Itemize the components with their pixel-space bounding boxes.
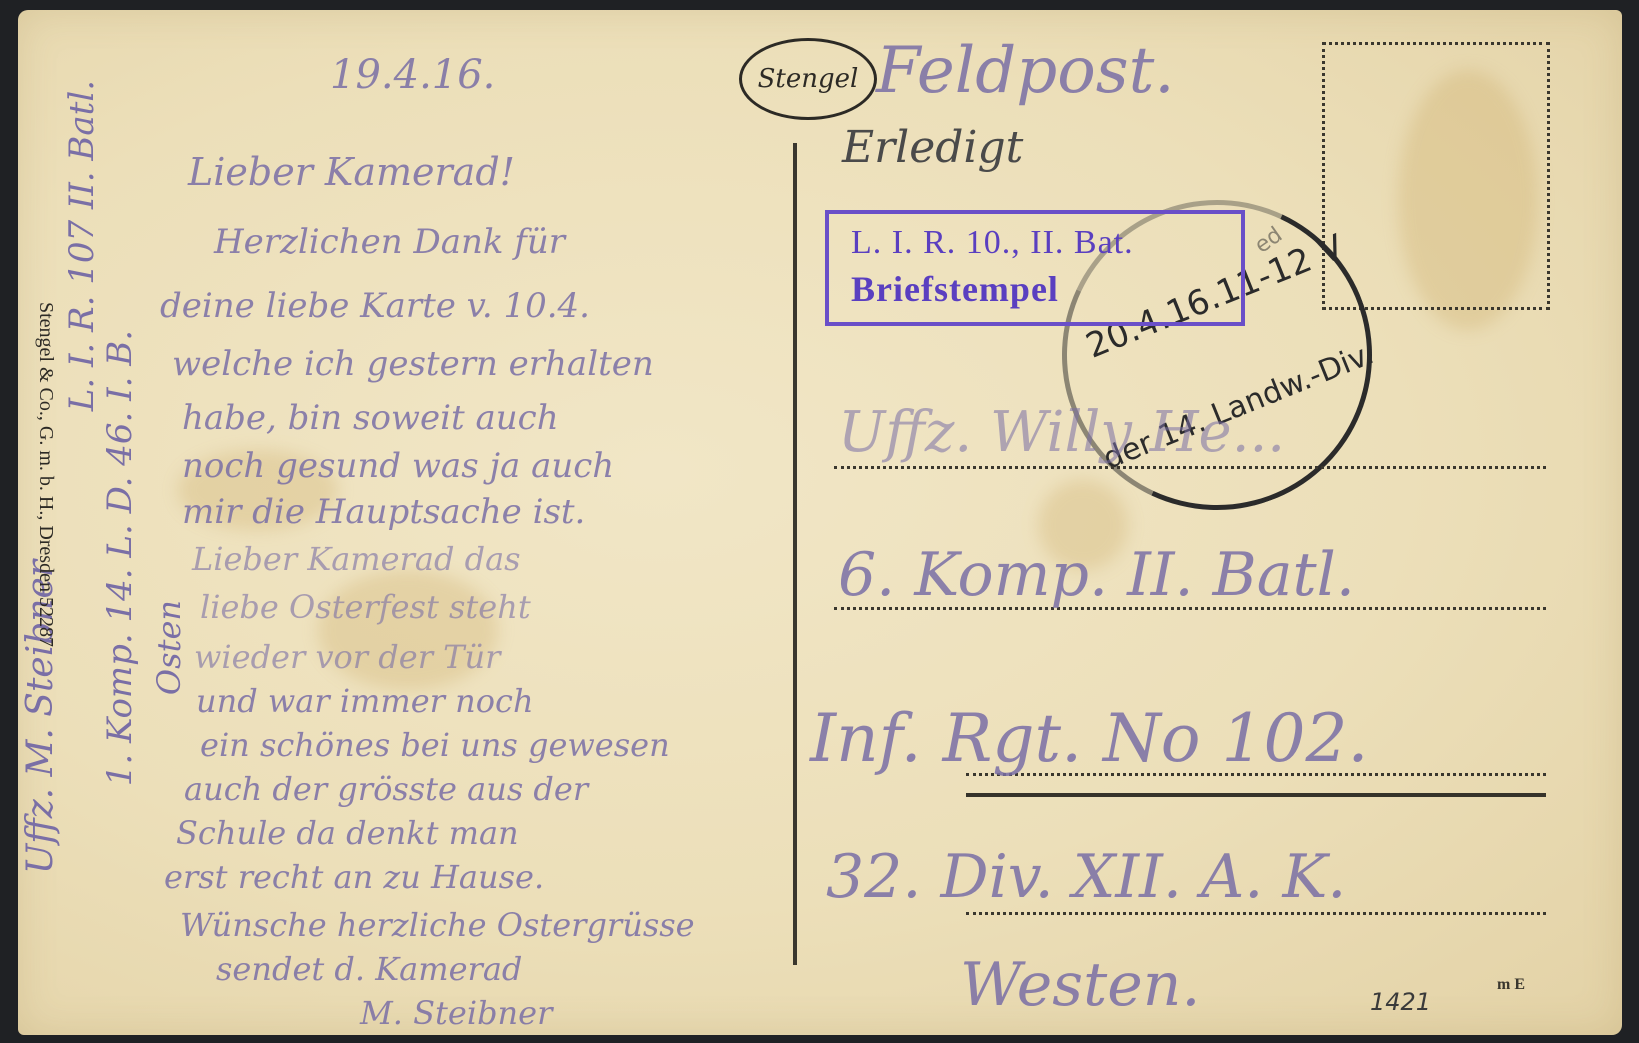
center-divider [793, 143, 797, 965]
message-signature: M. Steibner [360, 994, 552, 1032]
message-line: auch der grösste aus der [184, 770, 588, 808]
message-line: Lieber Kamerad das [192, 540, 521, 578]
message-line: Wünsche herzliche Ostergrüsse [180, 906, 695, 944]
message-line: ein schönes bei uns gewesen [200, 726, 670, 764]
address-solid-rule [966, 793, 1546, 797]
address-line: 32. Div. XII. A. K. [826, 842, 1346, 912]
message-line: welche ich gestern erhalten [172, 344, 654, 384]
archive-number: 1421 [1370, 988, 1431, 1016]
message-line: erst recht an zu Hause. [164, 858, 544, 896]
message-line: sendet d. Kamerad [216, 950, 522, 988]
message-line: und war immer noch [196, 682, 534, 720]
message-line: Lieber Kamerad! [188, 150, 515, 194]
address-line: Uffz. Willy He... [838, 400, 1285, 465]
unit-stamp: L. I. R. 10., II. Bat. Briefstempel [825, 210, 1245, 326]
publisher-logo-text: Stengel [758, 64, 859, 94]
message-line: noch gesund was ja auch [182, 446, 614, 486]
publisher-imprint: Stengel & Co., G. m. b. H., Dresden 5228… [34, 302, 57, 647]
address-line: 6. Komp. II. Batl. [838, 540, 1355, 610]
message-line: liebe Osterfest steht [200, 588, 531, 626]
message-line: Schule da denkt man [176, 814, 519, 852]
sender-vertical-line: Osten [150, 600, 188, 695]
message-line: habe, bin soweit auch [182, 398, 559, 438]
message-date: 19.4.16. [330, 52, 495, 98]
address-line-rule [966, 912, 1546, 915]
message-line: wieder vor der Tür [194, 638, 500, 676]
unit-stamp-line2: Briefstempel [851, 268, 1059, 310]
message-line: mir die Hauptsache ist. [182, 492, 585, 532]
address-line-rule [834, 466, 1546, 469]
message-line: deine liebe Karte v. 10.4. [160, 286, 590, 326]
feldpost-header: Feldpost. [876, 34, 1175, 108]
stamp-placeholder [1322, 42, 1550, 310]
unit-stamp-line1: L. I. R. 10., II. Bat. [851, 224, 1134, 262]
publisher-logo: Stengel [739, 38, 877, 120]
pencil-note: Erledigt [842, 122, 1023, 173]
sender-vertical-line: L. I. R. 107 II. Batl. [62, 80, 102, 411]
sender-vertical-line: 1. Komp. 14. L. D. 46. I. B. [100, 330, 140, 786]
series-mark: m E [1497, 976, 1525, 994]
message-line: Herzlichen Dank für [214, 222, 565, 262]
address-line: Inf. Rgt. No 102. [810, 700, 1368, 777]
address-line: Westen. [960, 950, 1200, 1020]
